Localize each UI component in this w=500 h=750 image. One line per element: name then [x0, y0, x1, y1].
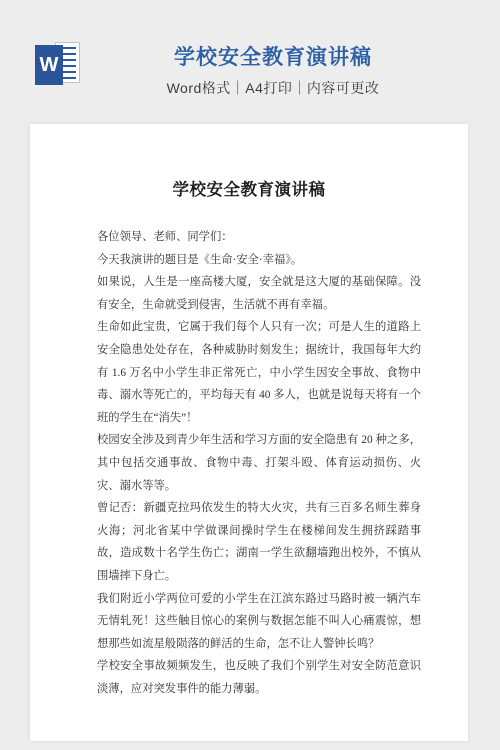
- header: W 学校安全教育演讲稿 Word格式｜A4打印｜内容可更改: [0, 0, 500, 110]
- template-subtitle: Word格式｜A4打印｜内容可更改: [46, 78, 500, 98]
- document-page: 学校安全教育演讲稿 各位领导、老师、同学们：今天我演讲的题目是《生命·安全·幸福…: [30, 124, 468, 741]
- doc-paragraph: 校园安全涉及到青少年生活和学习方面的安全隐患有 20 种之多，其中包括交通事故、…: [97, 429, 421, 497]
- doc-paragraph: 如果说，人生是一座高楼大厦，安全就是这大厦的基础保障。没有安全，生命就受到侵害，…: [97, 271, 421, 316]
- document-title: 学校安全教育演讲稿: [30, 176, 468, 200]
- header-text: 学校安全教育演讲稿 Word格式｜A4打印｜内容可更改: [46, 45, 500, 98]
- doc-paragraph: 今天我演讲的题目是《生命·安全·幸福》。: [97, 249, 421, 272]
- template-title: 学校安全教育演讲稿: [46, 45, 500, 71]
- doc-paragraph: 各位领导、老师、同学们：: [97, 226, 421, 249]
- doc-paragraph: 生命如此宝贵，它属于我们每个人只有一次；可是人生的道路上安全隐患处处存在，各种威…: [97, 316, 421, 429]
- doc-paragraph: 曾记否：新疆克拉玛依发生的特大火灾，共有三百多名师生葬身火海；河北省某中学做课间…: [97, 497, 421, 587]
- page-number: 1: [30, 685, 468, 695]
- doc-body: 各位领导、老师、同学们：今天我演讲的题目是《生命·安全·幸福》。如果说，人生是一…: [97, 226, 421, 700]
- doc-paragraph: 我们附近小学两位可爱的小学生在江滨东路过马路时被一辆汽车无情轧死！这些触目惊心的…: [97, 588, 421, 656]
